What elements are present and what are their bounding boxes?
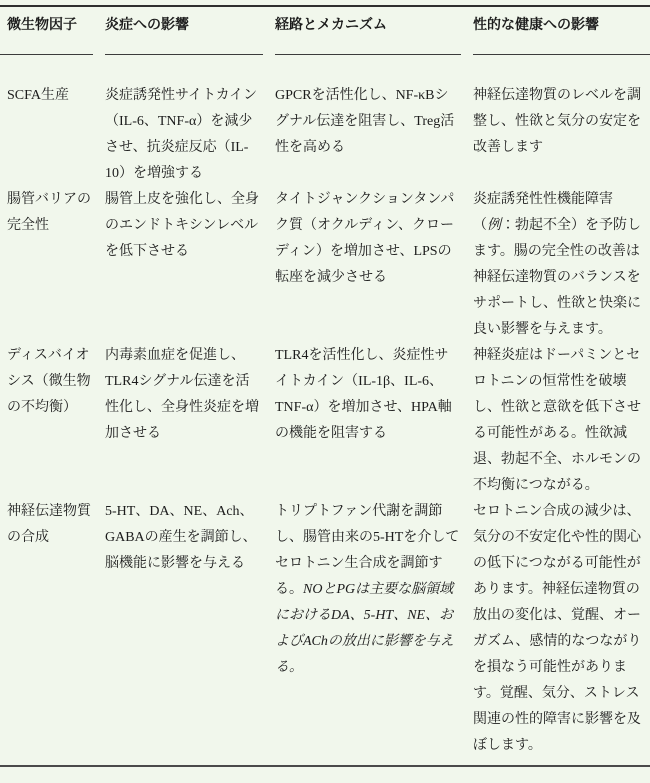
table-cell: 腸管上皮を強化し、全身のエンドトキシンレベルを低下させる xyxy=(105,187,275,343)
column-header-pathway-mechanism: 経路とメカニズム xyxy=(275,7,473,55)
cell-text-run: ：勃起不全）を予防します。腸の完全性の改善は神経伝達物質のバランスをサポートし、… xyxy=(473,218,641,337)
table-body: SCFA生産炎症誘発性サイトカイン（IL-6、TNF-α）を減少させ、抗炎症反応… xyxy=(0,55,650,765)
microbiome-effects-table: 微生物因子 炎症への影響 経路とメカニズム 性的な健康への影響 SCFA生産炎症… xyxy=(0,5,650,767)
cell-text-run: TLR4を活性化し、炎症性サイトカイン（IL-1β、IL-6、TNF-α）を増加… xyxy=(275,348,452,441)
table-cell: 炎症誘発性性機能障害（例：勃起不全）を予防します。腸の完全性の改善は神経伝達物質… xyxy=(473,187,650,343)
header-row: 微生物因子 炎症への影響 経路とメカニズム 性的な健康への影響 xyxy=(0,7,650,55)
table-cell: タイトジャンクションタンパク質（オクルディン、クローディン）を増加させ、LPSの… xyxy=(275,187,473,343)
cell-text-run-italic: 例 xyxy=(487,218,501,233)
table-cell: TLR4を活性化し、炎症性サイトカイン（IL-1β、IL-6、TNF-α）を増加… xyxy=(275,343,473,499)
table-cell: ディスバイオシス（微生物の不均衡） xyxy=(0,343,105,499)
table-cell: トリプトファン代謝を調節し、腸管由来の5-HTを介してセロトニン生合成を調節する… xyxy=(275,499,473,765)
cell-text-run: SCFA生産 xyxy=(7,88,69,103)
table-cell: セロトニン合成の減少は、気分の不安定化や性的関心の低下につながる可能性があります… xyxy=(473,499,650,765)
table-row: 腸管バリアの完全性腸管上皮を強化し、全身のエンドトキシンレベルを低下させるタイト… xyxy=(0,187,650,343)
cell-text-run: 内毒素血症を促進し、TLR4シグナル伝達を活性化し、全身性炎症を増加させる xyxy=(105,348,259,441)
table-header: 微生物因子 炎症への影響 経路とメカニズム 性的な健康への影響 xyxy=(0,7,650,55)
cell-text-run: 腸管バリアの完全性 xyxy=(7,192,91,233)
table-row: ディスバイオシス（微生物の不均衡）内毒素血症を促進し、TLR4シグナル伝達を活性… xyxy=(0,343,650,499)
table-cell: SCFA生産 xyxy=(0,55,105,187)
cell-text-run: タイトジャンクションタンパク質（オクルディン、クローディン）を増加させ、LPSの… xyxy=(275,192,454,285)
table-cell: 内毒素血症を促進し、TLR4シグナル伝達を活性化し、全身性炎症を増加させる xyxy=(105,343,275,499)
table-row: SCFA生産炎症誘発性サイトカイン（IL-6、TNF-α）を減少させ、抗炎症反応… xyxy=(0,55,650,187)
cell-text-run: ディスバイオシス（微生物の不均衡） xyxy=(7,348,91,415)
column-header-sexual-health-effect: 性的な健康への影響 xyxy=(473,7,650,55)
table-cell: 5-HT、DA、NE、Ach、GABAの産生を調節し、脳機能に影響を与える xyxy=(105,499,275,765)
table-cell: 炎症誘発性サイトカイン（IL-6、TNF-α）を減少させ、抗炎症反応（IL-10… xyxy=(105,55,275,187)
cell-text-run: 腸管上皮を強化し、全身のエンドトキシンレベルを低下させる xyxy=(105,192,259,259)
page: { "page": { "background": "#f1f7ec", "te… xyxy=(0,0,650,783)
table-cell: GPCRを活性化し、NF-κBシグナル伝達を阻害し、Treg活性を高める xyxy=(275,55,473,187)
column-header-inflammation-effect: 炎症への影響 xyxy=(105,7,275,55)
column-header-microbial-factor: 微生物因子 xyxy=(0,7,105,55)
cell-text-run: セロトニン合成の減少は、気分の不安定化や性的関心の低下につながる可能性があります… xyxy=(473,504,641,753)
cell-text-run: 神経伝達物質の合成 xyxy=(7,504,91,545)
cell-text-run: 炎症誘発性サイトカイン（IL-6、TNF-α）を減少させ、抗炎症反応（IL-10… xyxy=(105,88,257,181)
cell-text-run: 5-HT、DA、NE、Ach、GABAの産生を調節し、脳機能に影響を与える xyxy=(105,504,257,571)
table-cell: 神経炎症はドーパミンとセロトニンの恒常性を破壊し、性欲と意欲を低下させる可能性が… xyxy=(473,343,650,499)
cell-text-run: 神経炎症はドーパミンとセロトニンの恒常性を破壊し、性欲と意欲を低下させる可能性が… xyxy=(473,348,641,493)
cell-text-run: 神経伝達物質のレベルを調整し、性欲と気分の安定を改善します xyxy=(473,88,641,155)
table-row: 神経伝達物質の合成5-HT、DA、NE、Ach、GABAの産生を調節し、脳機能に… xyxy=(0,499,650,765)
table-cell: 腸管バリアの完全性 xyxy=(0,187,105,343)
table-cell: 神経伝達物質の合成 xyxy=(0,499,105,765)
cell-text-run: GPCRを活性化し、NF-κBシグナル伝達を阻害し、Treg活性を高める xyxy=(275,88,454,155)
table-cell: 神経伝達物質のレベルを調整し、性欲と気分の安定を改善します xyxy=(473,55,650,187)
